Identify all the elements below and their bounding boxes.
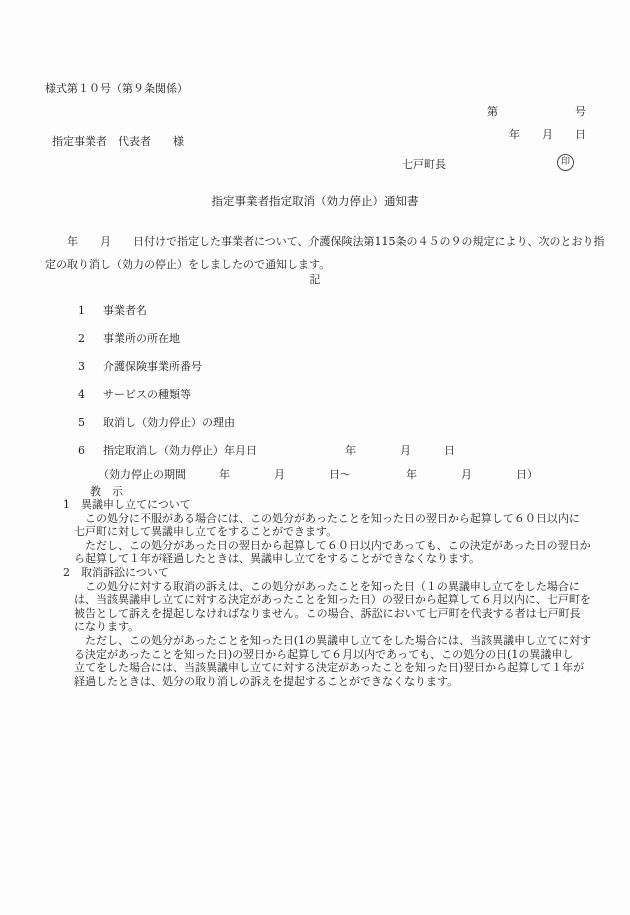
notice-line: 七戸町に対して異議申し立てをすることができます。 — [63, 525, 591, 539]
item-number: 2 — [78, 325, 103, 353]
notice-line: 被告として訴えを提起しなければなりません。この場合、訴訟において七戸町を代表する… — [63, 607, 591, 621]
seal-stamp-icon: 印 — [557, 154, 574, 171]
item-label: 事業者名 — [103, 304, 147, 317]
item-label: 事業所の所在地 — [103, 332, 180, 345]
notice-line: この処分に不服がある場合には、この処分があったことを知った日の翌日から起算して６… — [63, 512, 591, 526]
list-item: 1事業者名 — [78, 297, 538, 325]
addressee-line: 指定事業者 代表者 様 — [52, 133, 184, 149]
item-label: サービスの種類等 — [103, 388, 191, 401]
notice-line: ただし、この処分があった日の翌日から起算して６０日以内であっても、この決定があっ… — [63, 539, 591, 553]
form-number: 様式第１０号（第９条関係） — [45, 80, 188, 96]
list-item: 2事業所の所在地 — [78, 325, 538, 353]
notice-heading: 教 示 — [90, 483, 123, 499]
notice-line: になります。 — [63, 620, 591, 634]
record-marker: 記 — [0, 271, 630, 287]
notice-line: る決定があったことを知った日)の翌日から起算して６月以内であっても、この処分の日… — [63, 648, 591, 662]
list-item: 4サービスの種類等 — [78, 381, 538, 409]
item-number: 3 — [78, 353, 103, 381]
notice-line: ら起算して１年が経過したときは、異議申し立てをすることができなくなります。 — [63, 552, 591, 566]
item-label: 介護保険事業所番号 — [103, 360, 202, 373]
notice-line: は、当該異議申し立てに対する決定があったことを知った日）の翌日から起算して６月以… — [63, 593, 591, 607]
item-number: 6 — [78, 437, 103, 465]
item-number: 4 — [78, 381, 103, 409]
item6-period-line: （効力停止の期間 年 月 日～ 年 月 日） — [98, 465, 538, 485]
notice-line: 立てをした場合には、当該異議申し立てに対する決定があったことを知った日)翌日から… — [63, 661, 591, 675]
list-item: 5取消し（効力停止）の理由 — [78, 409, 538, 437]
document-date-line: 年 月 日 — [487, 123, 586, 146]
notice-line: 経過したときは、処分の取り消しの訴えを提起することができなくなります。 — [63, 675, 591, 689]
item-number: 5 — [78, 409, 103, 437]
item-list: 1事業者名 2事業所の所在地 3介護保険事業所番号 4サービスの種類等 5取消し… — [78, 297, 538, 485]
issuer-name: 七戸町長 — [402, 156, 446, 172]
document-title: 指定事業者指定取消（効力停止）通知書 — [0, 193, 630, 209]
list-item: 6指定取消し（効力停止）年月日 年 月 日 — [78, 437, 538, 465]
intro-line: 年 月 日付けで指定した事業者について、介護保険法第115条の４５の９の規定によ… — [45, 230, 605, 253]
item-label: 取消し（効力停止）の理由 — [103, 416, 235, 429]
notice-line: ただし、この処分があったことを知った日(1の異議申し立てをした場合には、当該異議… — [63, 634, 591, 648]
intro-paragraph: 年 月 日付けで指定した事業者について、介護保険法第115条の４５の９の規定によ… — [45, 230, 605, 276]
item-label: 指定取消し（効力停止）年月日 年 月 日 — [103, 444, 455, 457]
item-number: 1 — [78, 297, 103, 325]
document-page: 様式第１０号（第９条関係） 第 号 年 月 日 指定事業者 代表者 様 七戸町長… — [0, 0, 630, 915]
notice-line: 1 異議申し立てについて — [63, 498, 591, 512]
notice-line: この処分に対する取消の訴えは、この処分があったことを知った日（１の異議申し立てを… — [63, 580, 591, 594]
list-item: 3介護保険事業所番号 — [78, 353, 538, 381]
document-number-line: 第 号 — [487, 100, 586, 123]
notice-line: 2 取消訴訟について — [63, 566, 591, 580]
header-right-block: 第 号 年 月 日 — [487, 100, 586, 146]
notice-block: 1 異議申し立てについて この処分に不服がある場合には、この処分があったことを知… — [63, 498, 591, 688]
